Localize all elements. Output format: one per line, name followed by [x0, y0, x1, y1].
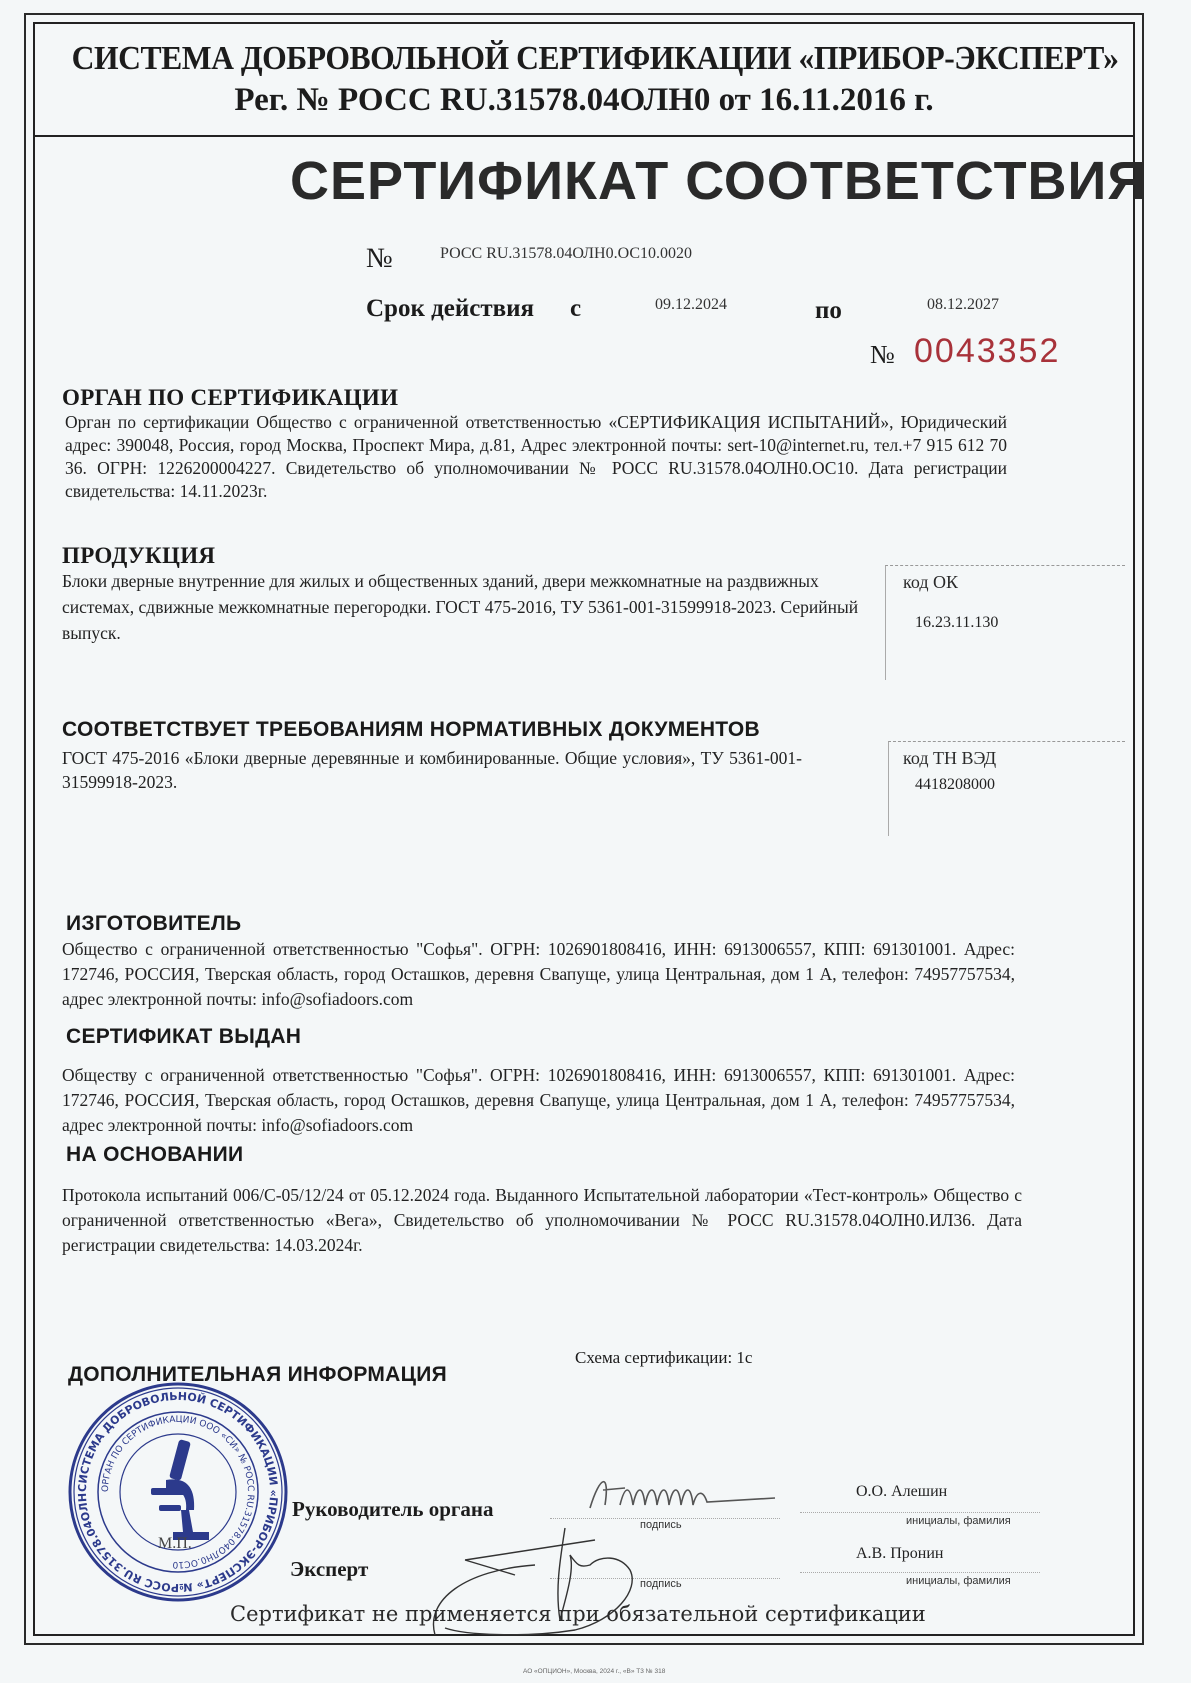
issued-to-text: Обществу с ограниченной ответственностью…	[62, 1063, 1015, 1138]
system-registration: Рег. № РОСС RU.31578.04ОЛН0 от 16.11.201…	[33, 82, 1135, 119]
okpd-code-box: код ОК 16.23.11.130	[885, 565, 1125, 680]
head-signature	[585, 1470, 785, 1515]
compliance-text: ГОСТ 475-2016 «Блоки дверные деревянные …	[62, 746, 802, 794]
footer-note: Сертификат не применяется при обязательн…	[230, 1602, 926, 1626]
validity-label: Срок действия	[366, 295, 534, 323]
okpd-code-label: код ОК	[903, 572, 958, 593]
expert-name-caption: инициалы, фамилия	[906, 1575, 1011, 1587]
expert-name-line	[800, 1572, 1040, 1573]
product-heading: ПРОДУКЦИЯ	[62, 543, 215, 569]
number-sign: №	[366, 243, 393, 275]
microscope-icon	[151, 1439, 209, 1540]
manufacturer-heading: ИЗГОТОВИТЕЛЬ	[66, 912, 241, 936]
certification-body-heading: ОРГАН ПО СЕРТИФИКАЦИИ	[62, 385, 398, 411]
tnved-code-box: код ТН ВЭД 4418208000	[888, 741, 1125, 836]
certification-body-text: Орган по сертификации Общество с огранич…	[65, 411, 1007, 503]
certification-stamp: СИСТЕМА ДОБРОВОЛЬНОЙ СЕРТИФИКАЦИИ «ПРИБО…	[66, 1380, 290, 1604]
product-text: Блоки дверные внутренние для жилых и общ…	[62, 568, 867, 646]
head-name-line	[800, 1512, 1040, 1513]
basis-heading: НА ОСНОВАНИИ	[66, 1143, 243, 1167]
header-divider	[33, 135, 1135, 137]
validity-from-label: с	[570, 295, 581, 323]
certification-system-title: СИСТЕМА ДОБРОВОЛЬНОЙ СЕРТИФИКАЦИИ «ПРИБО…	[72, 40, 1097, 78]
expert-signature-caption: подпись	[640, 1578, 682, 1590]
validity-to-date: 08.12.2027	[927, 296, 999, 314]
tnved-code-label: код ТН ВЭД	[903, 748, 996, 769]
certificate-number: РОСС RU.31578.04ОЛН0.ОС10.0020	[440, 245, 692, 263]
expert-label: Эксперт	[290, 1557, 368, 1582]
printer-imprint: АО «ОПЦИОН», Москва, 2024 г., «В» Т3 № 3…	[523, 1668, 665, 1675]
tnved-code-value: 4418208000	[915, 776, 995, 794]
basis-text: Протокола испытаний 006/С-05/12/24 от 05…	[62, 1183, 1022, 1258]
okpd-code-value: 16.23.11.130	[915, 614, 998, 632]
head-name-caption: инициалы, фамилия	[906, 1515, 1011, 1527]
issued-to-heading: СЕРТИФИКАТ ВЫДАН	[66, 1025, 301, 1049]
certification-scheme: Схема сертификации: 1с	[575, 1348, 752, 1368]
expert-name: А.В. Пронин	[856, 1545, 943, 1563]
document-title: СЕРТИФИКАТ СООТВЕТСТВИЯ	[290, 150, 1110, 212]
validity-from-date: 09.12.2024	[655, 296, 727, 314]
compliance-heading: СООТВЕТСТВУЕТ ТРЕБОВАНИЯМ НОРМАТИВНЫХ ДО…	[62, 718, 760, 742]
manufacturer-text: Общество с ограниченной ответственностью…	[62, 937, 1015, 1012]
validity-to-label: по	[815, 297, 842, 325]
head-name: О.О. Алешин	[856, 1483, 947, 1501]
serial-number-sign: №	[870, 340, 895, 370]
serial-number: 0043352	[914, 332, 1060, 371]
stamp-mark: М.П.	[158, 1535, 192, 1552]
